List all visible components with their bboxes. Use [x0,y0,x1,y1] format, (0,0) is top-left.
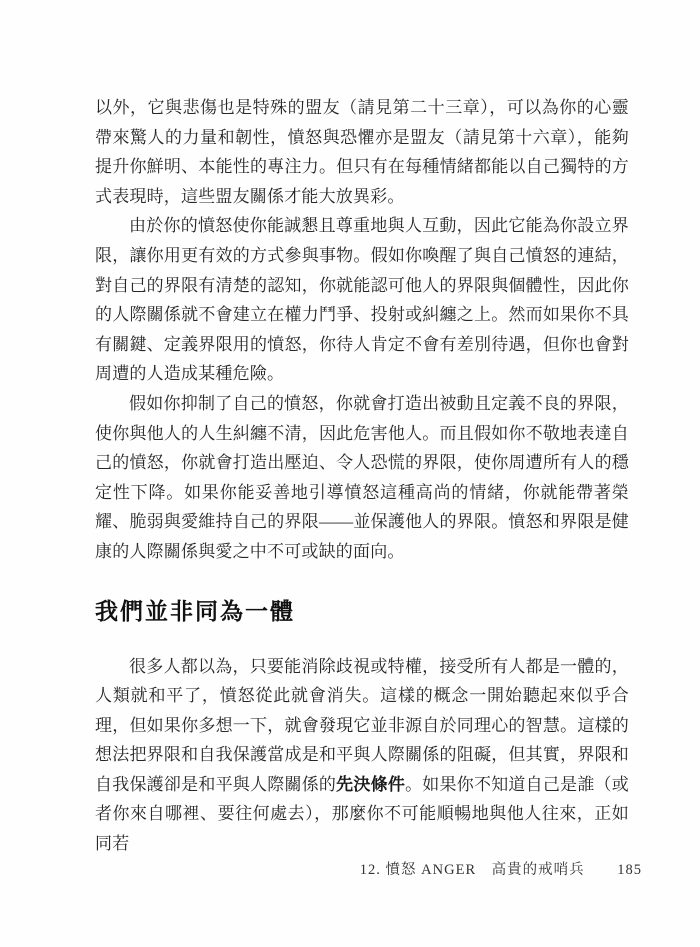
paragraph: 假如你抑制了自己的憤怒，你就會打造出被動且定義不良的界限，使你與他人的人生糾纏不… [95,389,629,567]
book-page: 以外，它與悲傷也是特殊的盟友（請見第二十三章），可以為你的心靈帶來驚人的力量和韌… [0,0,700,947]
paragraph-text-before-emphasis: 很多人都以為，只要能消除歧視或特權，接受所有人都是一體的，人類就和平了，憤怒從此… [95,657,629,794]
page-footer: 12. 憤怒 ANGER 高貴的戒哨兵 185 [0,860,642,880]
paragraph-continuation: 以外，它與悲傷也是特殊的盟友（請見第二十三章），可以為你的心靈帶來驚人的力量和韌… [95,93,629,211]
running-footer-chapter-label: 12. 憤怒 ANGER 高貴的戒哨兵 [360,862,585,878]
section-heading: 我們並非同為一體 [95,594,629,628]
paragraph: 很多人都以為，只要能消除歧視或特權，接受所有人都是一體的，人類就和平了，憤怒從此… [95,652,629,859]
body-text: 以外，它與悲傷也是特殊的盟友（請見第二十三章），可以為你的心靈帶來驚人的力量和韌… [95,93,629,859]
emphasized-term: 先決條件 [336,775,405,794]
paragraph: 由於你的憤怒使你能誠懇且尊重地與人互動，因此它能為你設立界限，讓你用更有效的方式… [95,211,629,389]
page-number: 185 [617,862,642,878]
